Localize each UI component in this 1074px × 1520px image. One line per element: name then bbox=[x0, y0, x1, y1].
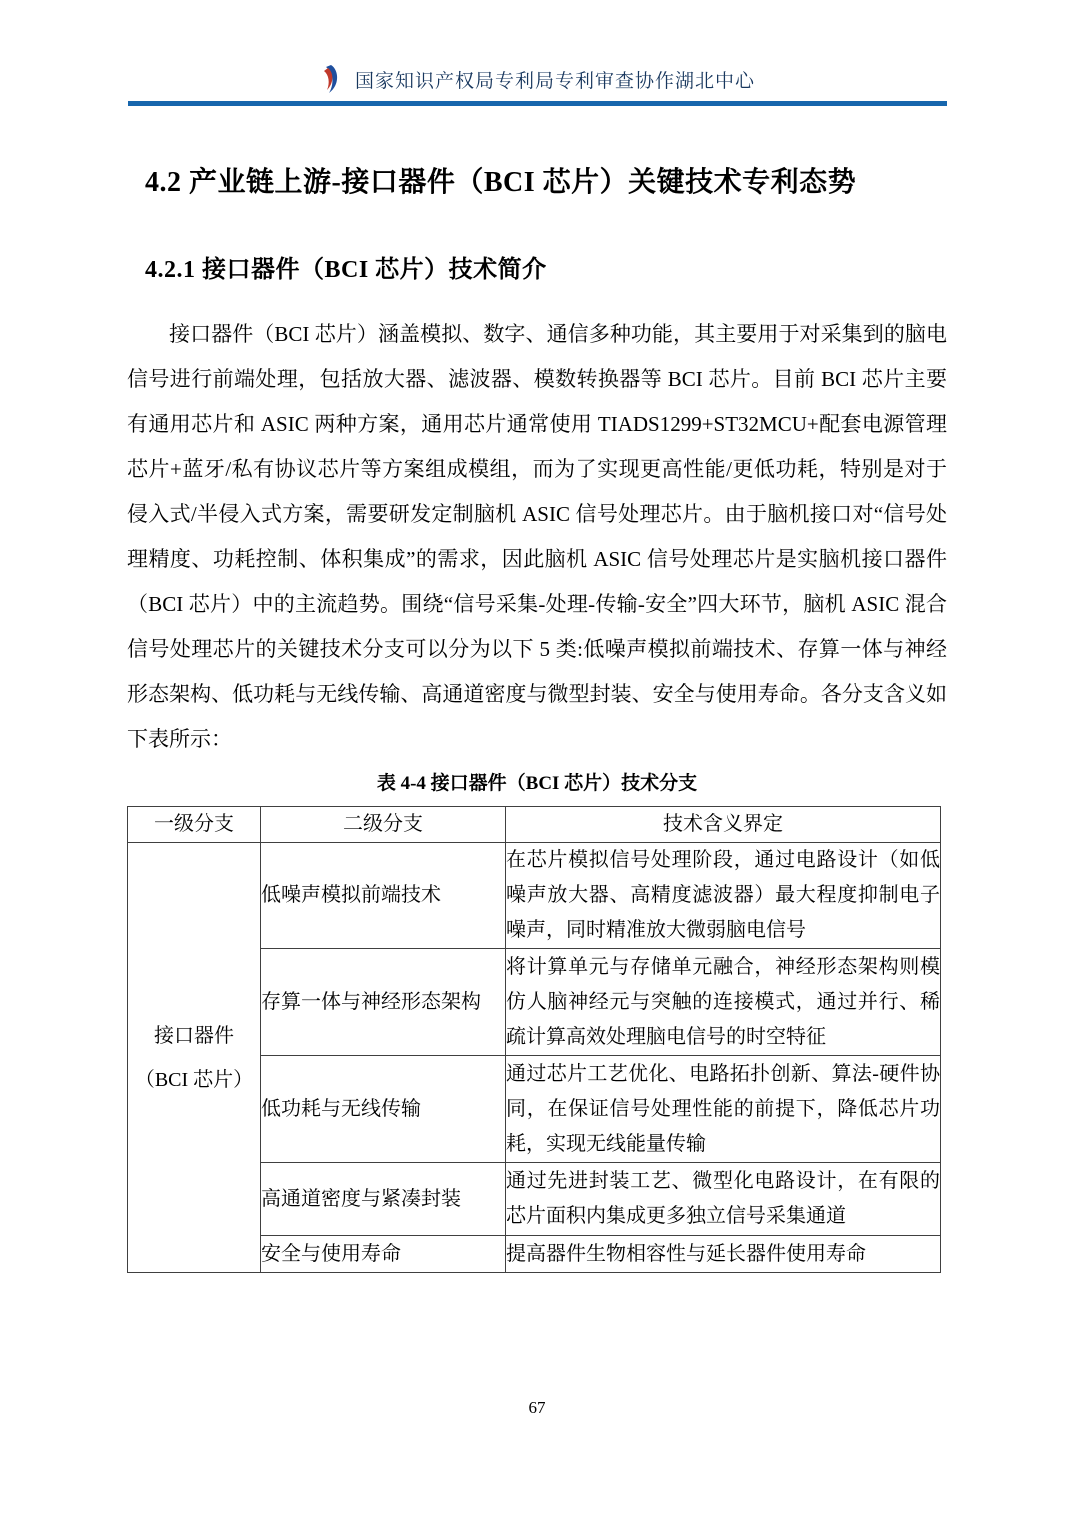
org-name: 国家知识产权局专利局专利审查协作湖北中心 bbox=[355, 66, 755, 93]
definition-cell: 将计算单元与存储单元融合，神经形态架构则模仿人脑神经元与突触的连接模式，通过并行… bbox=[506, 949, 941, 1056]
branch-cell: 安全与使用寿命 bbox=[261, 1236, 506, 1273]
definition-cell: 提高器件生物相容性与延长器件使用寿命 bbox=[506, 1236, 941, 1273]
branch-cell: 低功耗与无线传输 bbox=[261, 1056, 506, 1163]
col-header-level1: 一级分支 bbox=[128, 807, 261, 843]
definition-cell: 通过先进封装工艺、微型化电路设计，在有限的芯片面积内集成更多独立信号采集通道 bbox=[506, 1163, 941, 1236]
table-header-row: 一级分支 二级分支 技术含义界定 bbox=[128, 807, 941, 843]
branch-cell: 存算一体与神经形态架构 bbox=[261, 949, 506, 1056]
document-page: 国家知识产权局专利局专利审查协作湖北中心 4.2 产业链上游-接口器件（BCI … bbox=[0, 0, 1074, 1520]
definition-cell: 通过芯片工艺优化、电路拓扑创新、算法-硬件协同，在保证信号处理性能的前提下，降低… bbox=[506, 1056, 941, 1163]
header-divider-rule bbox=[128, 101, 947, 106]
definition-cell: 在芯片模拟信号处理阶段，通过电路设计（如低噪声放大器、高精度滤波器）最大程度抑制… bbox=[506, 843, 941, 949]
table-row: 接口器件 （BCI 芯片） 低噪声模拟前端技术 在芯片模拟信号处理阶段，通过电路… bbox=[128, 843, 941, 949]
branch-cell: 低噪声模拟前端技术 bbox=[261, 843, 506, 949]
org-logo-icon bbox=[319, 64, 341, 94]
page-header: 国家知识产权局专利局专利审查协作湖北中心 bbox=[0, 64, 1074, 94]
level1-line1: 接口器件 bbox=[128, 1014, 260, 1058]
branch-cell: 高通道密度与紧凑封装 bbox=[261, 1163, 506, 1236]
tech-branch-table: 一级分支 二级分支 技术含义界定 接口器件 （BCI 芯片） 低噪声模拟前端技术… bbox=[127, 806, 941, 1273]
page-number: 67 bbox=[0, 1398, 1074, 1418]
body-paragraph: 接口器件（BCI 芯片）涵盖模拟、数字、通信多种功能，其主要用于对采集到的脑电信… bbox=[127, 312, 947, 762]
table-caption: 表 4-4 接口器件（BCI 芯片）技术分支 bbox=[127, 768, 947, 795]
col-header-level2: 二级分支 bbox=[261, 807, 506, 843]
level1-line2: （BCI 芯片） bbox=[128, 1058, 260, 1102]
section-heading: 4.2 产业链上游-接口器件（BCI 芯片）关键技术专利态势 bbox=[145, 160, 947, 200]
col-header-definition: 技术含义界定 bbox=[506, 807, 941, 843]
level1-merged-cell: 接口器件 （BCI 芯片） bbox=[128, 843, 261, 1273]
subsection-heading: 4.2.1 接口器件（BCI 芯片）技术简介 bbox=[145, 249, 947, 284]
